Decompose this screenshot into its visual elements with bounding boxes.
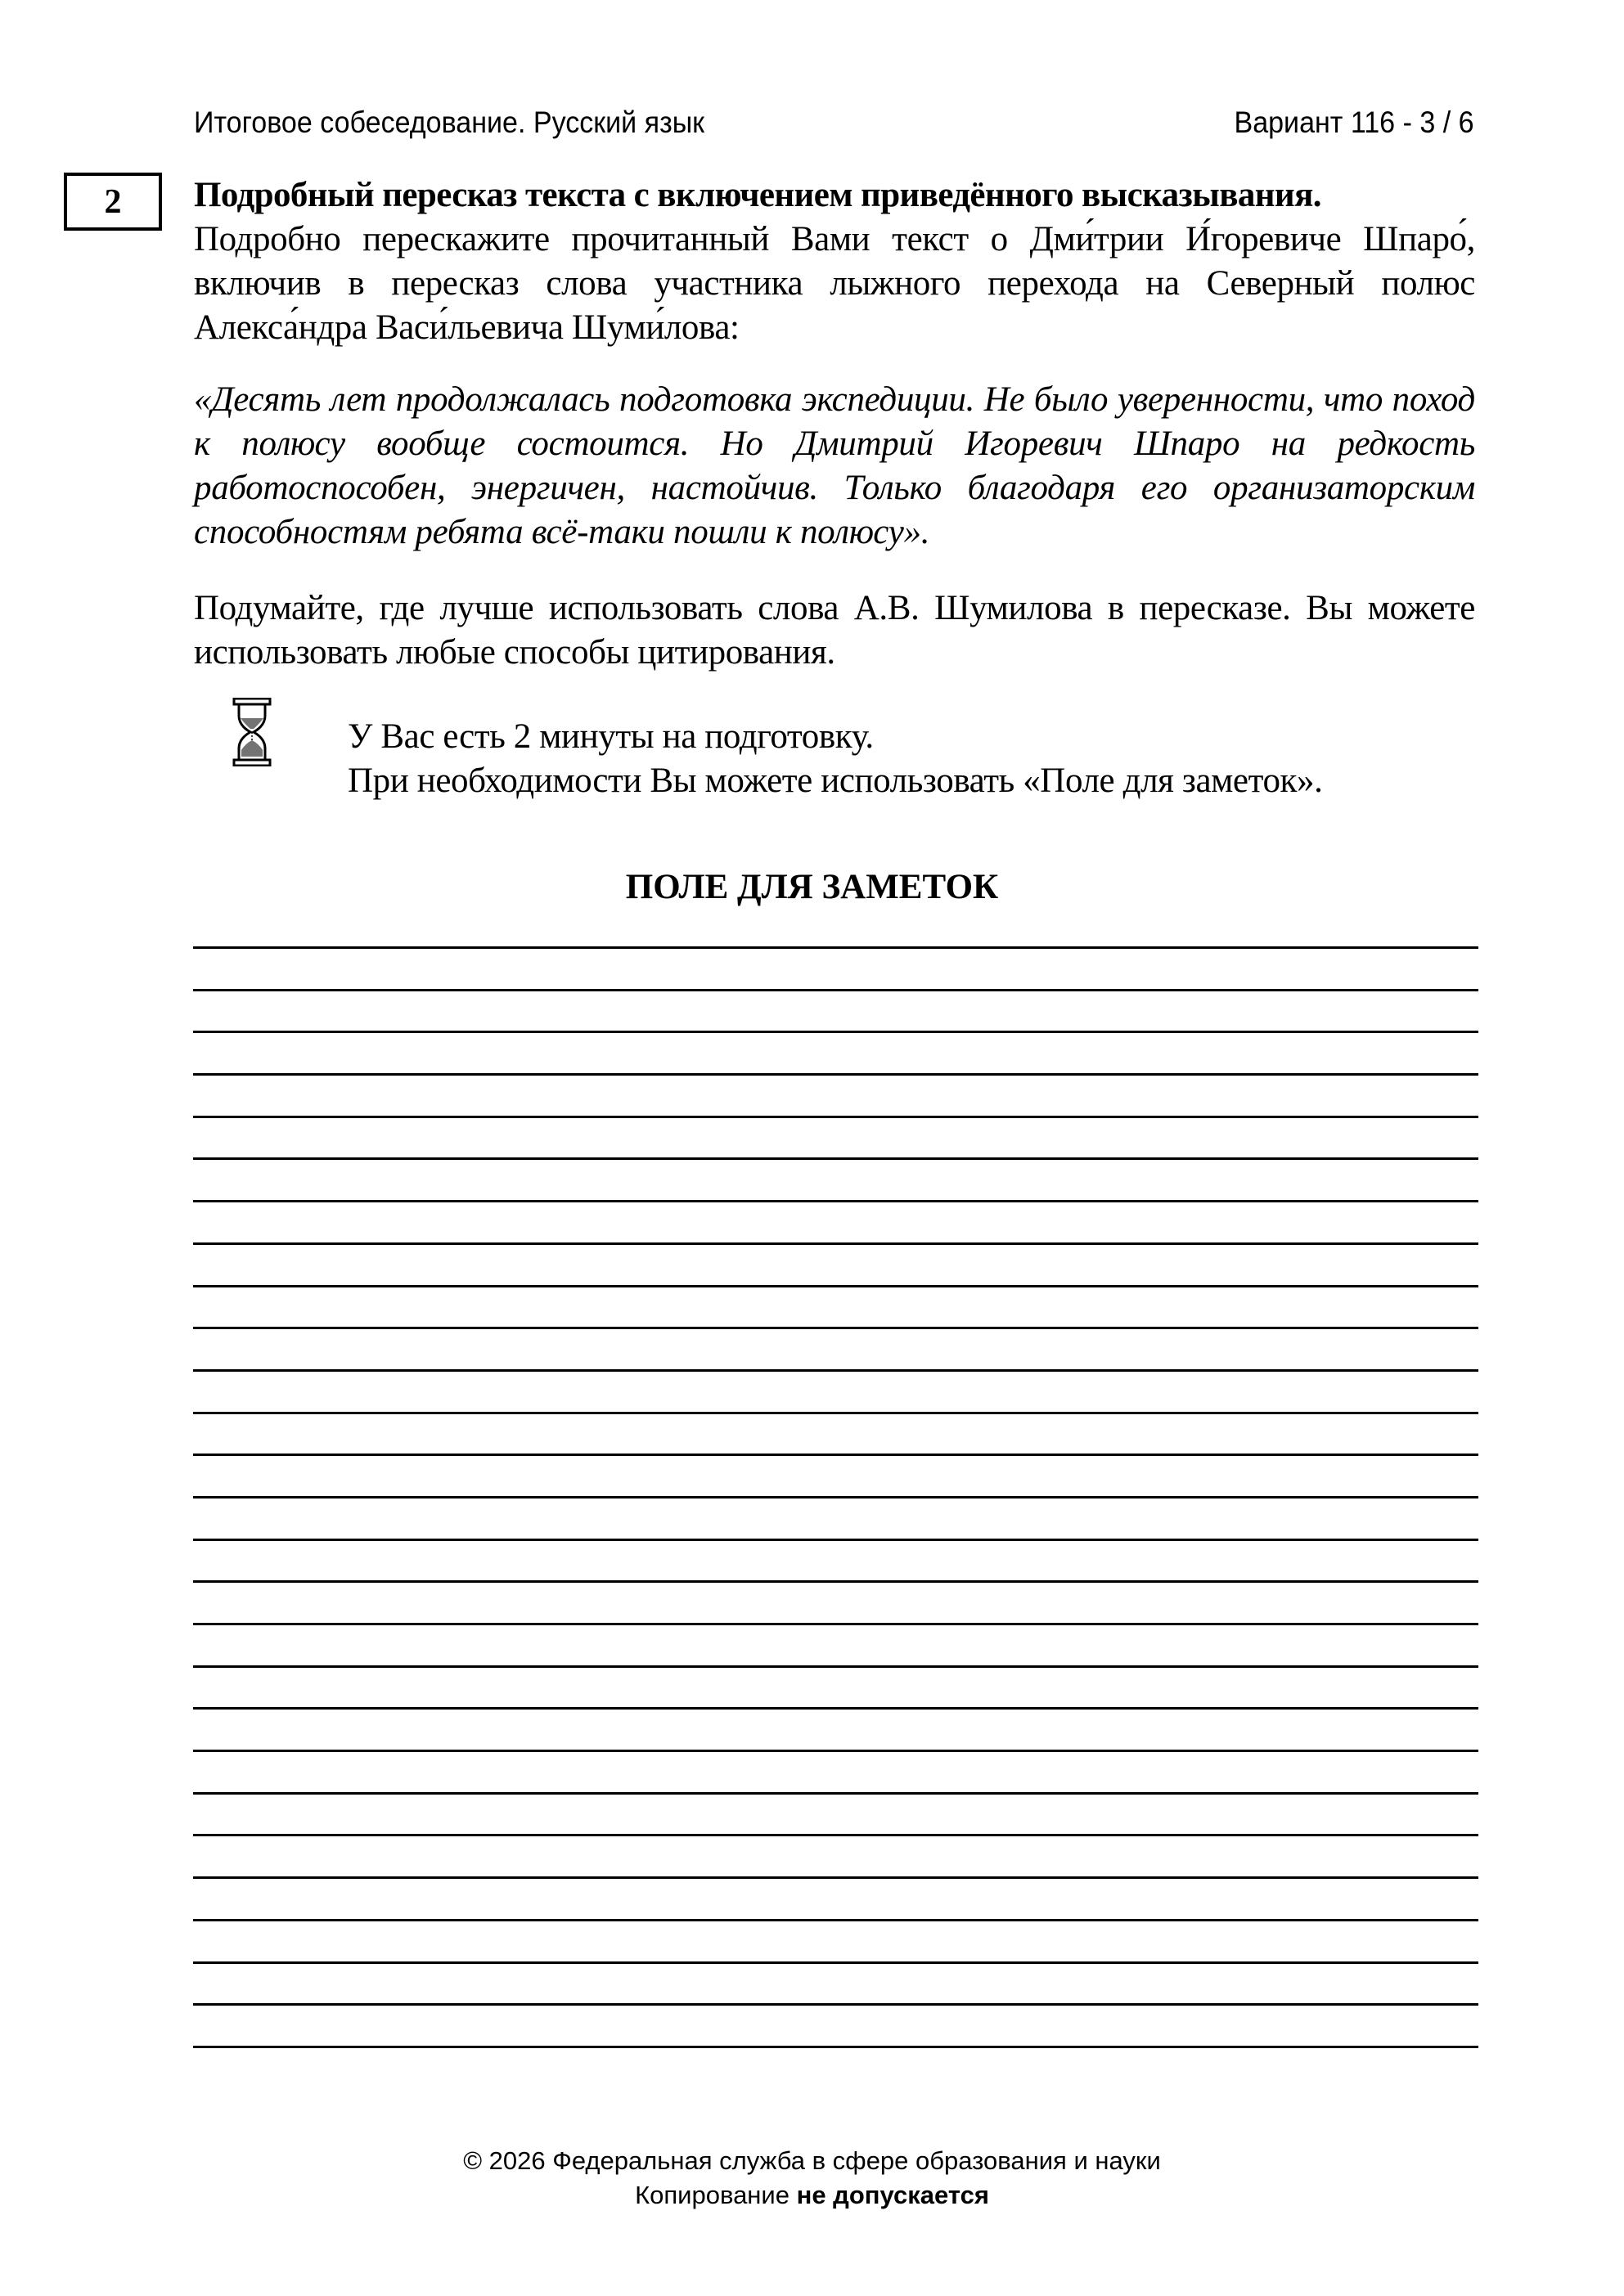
notes-line xyxy=(193,1919,1478,1921)
notes-line xyxy=(193,1961,1478,1964)
notes-line xyxy=(193,946,1478,949)
timer-line-2: При необходимости Вы можете использовать… xyxy=(348,759,1323,803)
notes-line xyxy=(193,1369,1478,1372)
notes-line xyxy=(193,1665,1478,1668)
notes-title: ПОЛЕ ДЛЯ ЗАМЕТОК xyxy=(0,865,1624,910)
notes-line xyxy=(193,2046,1478,2048)
notes-line xyxy=(193,1073,1478,1076)
hourglass-icon xyxy=(232,698,272,766)
footer-copyright: © 2026 Федеральная служба в сфере образо… xyxy=(0,2144,1624,2178)
notes-line xyxy=(193,1454,1478,1456)
task-title: Подробный пересказ текста с включением п… xyxy=(194,173,1475,218)
notes-line xyxy=(193,1242,1478,1245)
notes-line xyxy=(193,1031,1478,1033)
footer-copy-bold: не допускается xyxy=(797,2181,989,2209)
notes-line xyxy=(193,1116,1478,1118)
task-advice: Подумайте, где лучше использовать слова … xyxy=(194,586,1475,675)
notes-line xyxy=(193,1412,1478,1414)
notes-line xyxy=(193,1200,1478,1202)
notes-line xyxy=(193,1792,1478,1795)
notes-line xyxy=(193,1876,1478,1879)
notes-line xyxy=(193,1327,1478,1329)
notes-line xyxy=(193,1834,1478,1836)
task-number: 2 xyxy=(105,182,122,222)
quote-text: «Десять лет продолжалась подготовка эксп… xyxy=(194,378,1475,555)
header-exam-title: Итоговое собеседование. Русский язык xyxy=(194,105,704,141)
notes-line xyxy=(193,1496,1478,1498)
footer-copy-prefix: Копирование xyxy=(635,2181,797,2209)
notes-line xyxy=(193,989,1478,991)
timer-instructions: У Вас есть 2 минуты на подготовку. При н… xyxy=(348,715,1323,803)
notes-field[interactable] xyxy=(193,946,1478,2088)
notes-line xyxy=(193,1157,1478,1160)
task-instructions: Подробно перескажите прочитанный Вами те… xyxy=(194,218,1475,350)
header-variant-page: Вариант 116 - 3 / 6 xyxy=(1235,105,1474,141)
notes-line xyxy=(193,2003,1478,2006)
task-number-box: 2 xyxy=(64,173,162,231)
footer-copy-notice: Копирование не допускается xyxy=(0,2178,1624,2213)
notes-line xyxy=(193,1707,1478,1710)
notes-line xyxy=(193,1580,1478,1583)
notes-line xyxy=(193,1285,1478,1287)
notes-line xyxy=(193,1623,1478,1625)
timer-line-1: У Вас есть 2 минуты на подготовку. xyxy=(348,715,1323,759)
footer: © 2026 Федеральная служба в сфере образо… xyxy=(0,2144,1624,2213)
notes-line xyxy=(193,1539,1478,1541)
notes-line xyxy=(193,1750,1478,1752)
